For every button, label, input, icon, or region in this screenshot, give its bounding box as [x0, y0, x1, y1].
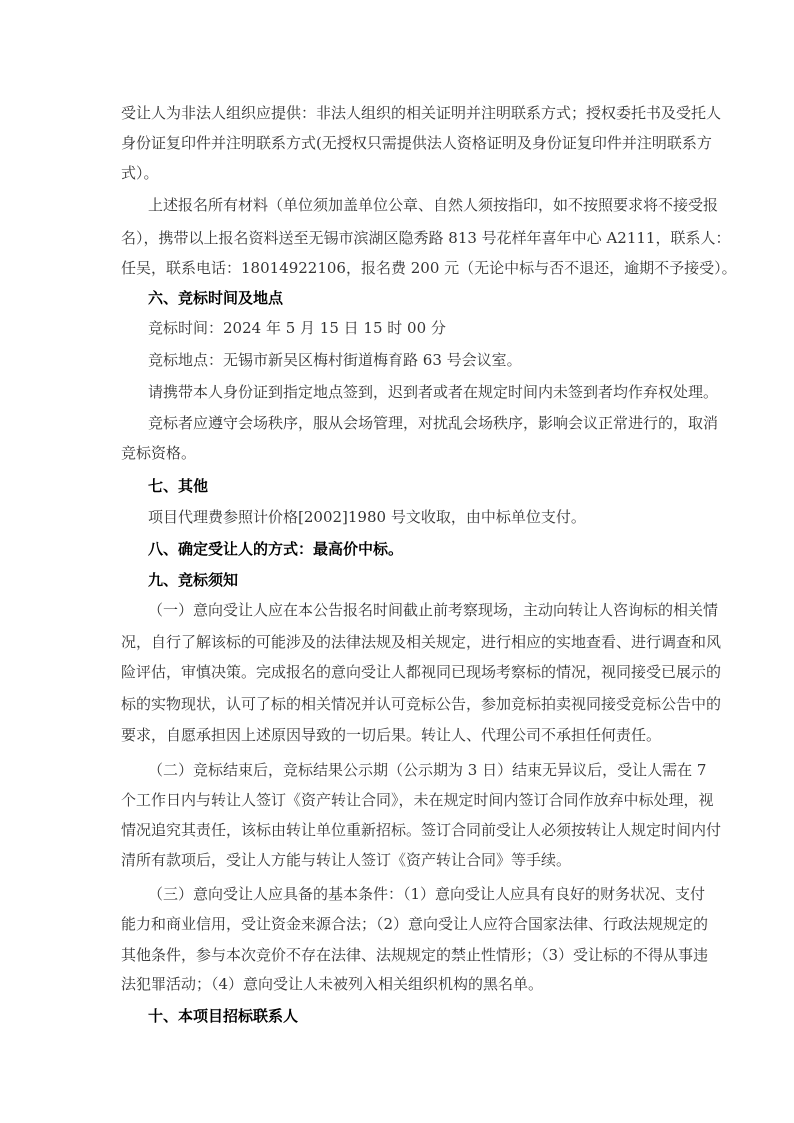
- paragraph-line: 况，自行了解该标的可能涉及的法律法规及相关规定，进行相应的实地查看、进行调查和风: [121, 631, 672, 653]
- paragraph-line: 标的实物现状，认可了标的相关情况并认可竞标公告，参加竞标拍卖视同接受竞标公告中的: [121, 693, 672, 715]
- checkin-notice: 请携带本人身份证到指定地点签到，迟到者或者在规定时间内未签到者均作弃权处理。: [148, 381, 672, 403]
- paragraph-line: 任吴，联系电话：18014922106，报名费 200 元（无论中标与否不退还，…: [121, 257, 672, 279]
- paragraph-line: 名），携带以上报名资料送至无锡市滨湖区隐秀路 813 号花样年喜年中心 A211…: [121, 227, 672, 249]
- bid-time: 竞标时间：2024 年 5 月 15 日 15 时 00 分: [148, 317, 672, 339]
- section-heading-10: 十、本项目招标联系人: [148, 1005, 298, 1027]
- paragraph-line: 情况追究其责任，该标由转让单位重新招标。签订合同前受让人必须按转让人规定时间内付: [121, 819, 672, 841]
- paragraph-line: 其他条件，参与本次竞价不存在法律、法规规定的禁止性情形；（3）受让标的不得从事违: [121, 944, 672, 966]
- section-heading-7: 七、其他: [148, 475, 208, 497]
- paragraph-line: 清所有款项后，受让人方能与转让人签订《资产转让合同》等手续。: [121, 849, 672, 871]
- paragraph-line: （二）竞标结束后，竞标结果公示期（公示期为 3 日）结束无异议后，受让人需在 7: [148, 759, 672, 781]
- paragraph-line: 身份证复印件并注明联系方式(无授权只需提供法人资格证明及身份证复印件并注明联系方: [121, 132, 672, 154]
- paragraph-line: （三）意向受让人应具备的基本条件：（1）意向受让人应具有良好的财务状况、支付: [148, 883, 672, 905]
- section-heading-6: 六、竞标时间及地点: [148, 287, 283, 309]
- paragraph-line: （一）意向受让人应在本公告报名时间截止前考察现场，主动向转让人咨询标的相关情: [148, 599, 672, 621]
- section-heading-8: 八、确定受让人的方式：最高价中标。: [148, 538, 403, 560]
- paragraph-line: 法犯罪活动；（4）意向受让人未被列入相关组织机构的黑名单。: [121, 973, 672, 995]
- paragraph-line: 竞标者应遵守会场秩序，服从会场管理，对扰乱会场秩序，影响会议正常进行的，取消: [148, 412, 672, 434]
- paragraph-line: 上述报名所有材料（单位须加盖单位公章、自然人须按指印，如不按照要求将不接受报: [148, 194, 672, 216]
- agency-fee-text: 项目代理费参照计价格[2002]1980 号文收取，由中标单位支付。: [148, 506, 672, 528]
- bid-place: 竞标地点：无锡市新吴区梅村街道梅育路 63 号会议室。: [148, 349, 672, 371]
- section-heading-9: 九、竞标须知: [148, 569, 238, 591]
- paragraph-line: 受让人为非法人组织应提供：非法人组织的相关证明并注明联系方式；授权委托书及受托人: [121, 102, 672, 124]
- paragraph-line: 式）。: [121, 162, 672, 184]
- document-page: 受让人为非法人组织应提供：非法人组织的相关证明并注明联系方式；授权委托书及受托人…: [0, 0, 794, 1123]
- paragraph-line: 能力和商业信用，受让资金来源合法；（2）意向受让人应符合国家法律、行政法规规定的: [121, 913, 672, 935]
- paragraph-line: 要求，自愿承担因上述原因导致的一切后果。转让人、代理公司不承担任何责任。: [121, 724, 672, 746]
- paragraph-line: 险评估，审慎决策。完成报名的意向受让人都视同已现场考察标的情况，视同接受已展示的: [121, 661, 672, 683]
- paragraph-line: 竞标资格。: [121, 442, 672, 464]
- paragraph-line: 个工作日内与转让人签订《资产转让合同》，未在规定时间内签订合同作放弃中标处理，视: [121, 789, 672, 811]
